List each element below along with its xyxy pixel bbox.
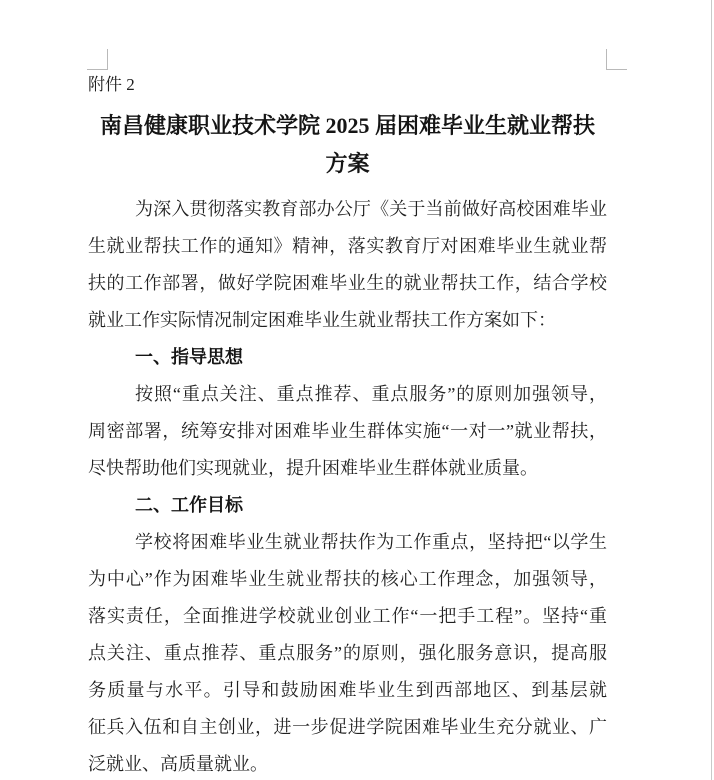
attachment-label: 附件 2 [88, 72, 607, 97]
section1-line: 周密部署，统筹安排对困难毕业生群体实施“一对一”就业帮扶， [88, 413, 607, 450]
intro-line: 为深入贯彻落实教育部办公厅《关于当前做好高校困难毕业 [88, 191, 607, 228]
document-title: 南昌健康职业技术学院 2025 届困难毕业生就业帮扶 方案 [88, 107, 607, 183]
section2-line: 泛就业、高质量就业。 [88, 746, 607, 780]
document-title-line2: 方案 [88, 145, 607, 183]
document-page: 附件 2 南昌健康职业技术学院 2025 届困难毕业生就业帮扶 方案 为深入贯彻… [0, 0, 714, 780]
intro-line: 生就业帮扶工作的通知》精神，落实教育厅对困难毕业生就业帮 [88, 228, 607, 265]
section1-line: 按照“重点关注、重点推荐、重点服务”的原则加强领导， [88, 376, 607, 413]
section2-line: 征兵入伍和自主创业，进一步促进学院困难毕业生充分就业、广 [88, 709, 607, 746]
section2-line: 为中心”作为困难毕业生就业帮扶的核心工作理念，加强领导， [88, 561, 607, 598]
section1-heading: 一、指导思想 [88, 339, 607, 376]
document-body: 为深入贯彻落实教育部办公厅《关于当前做好高校困难毕业 生就业帮扶工作的通知》精神… [88, 191, 607, 780]
section2-line: 务质量与水平。引导和鼓励困难毕业生到西部地区、到基层就业、 [88, 672, 607, 709]
section2-line: 点关注、重点推荐、重点服务”的原则，强化服务意识，提高服 [88, 635, 607, 672]
section2-line: 学校将困难毕业生就业帮扶作为工作重点，坚持把“以学生 [88, 524, 607, 561]
section1-line: 尽快帮助他们实现就业，提升困难毕业生群体就业质量。 [88, 450, 607, 487]
document-title-line1: 南昌健康职业技术学院 2025 届困难毕业生就业帮扶 [88, 107, 607, 145]
page-edge-line [711, 0, 712, 780]
section2-line: 落实责任，全面推进学校就业创业工作“一把手工程”。坚持“重 [88, 598, 607, 635]
intro-line: 扶的工作部署，做好学院困难毕业生的就业帮扶工作，结合学校 [88, 265, 607, 302]
document-content: 附件 2 南昌健康职业技术学院 2025 届困难毕业生就业帮扶 方案 为深入贯彻… [88, 72, 607, 780]
margin-crop-mark-top-left [87, 49, 108, 70]
section2-heading: 二、工作目标 [88, 487, 607, 524]
intro-line: 就业工作实际情况制定困难毕业生就业帮扶工作方案如下： [88, 302, 607, 339]
margin-crop-mark-top-right [606, 49, 627, 70]
